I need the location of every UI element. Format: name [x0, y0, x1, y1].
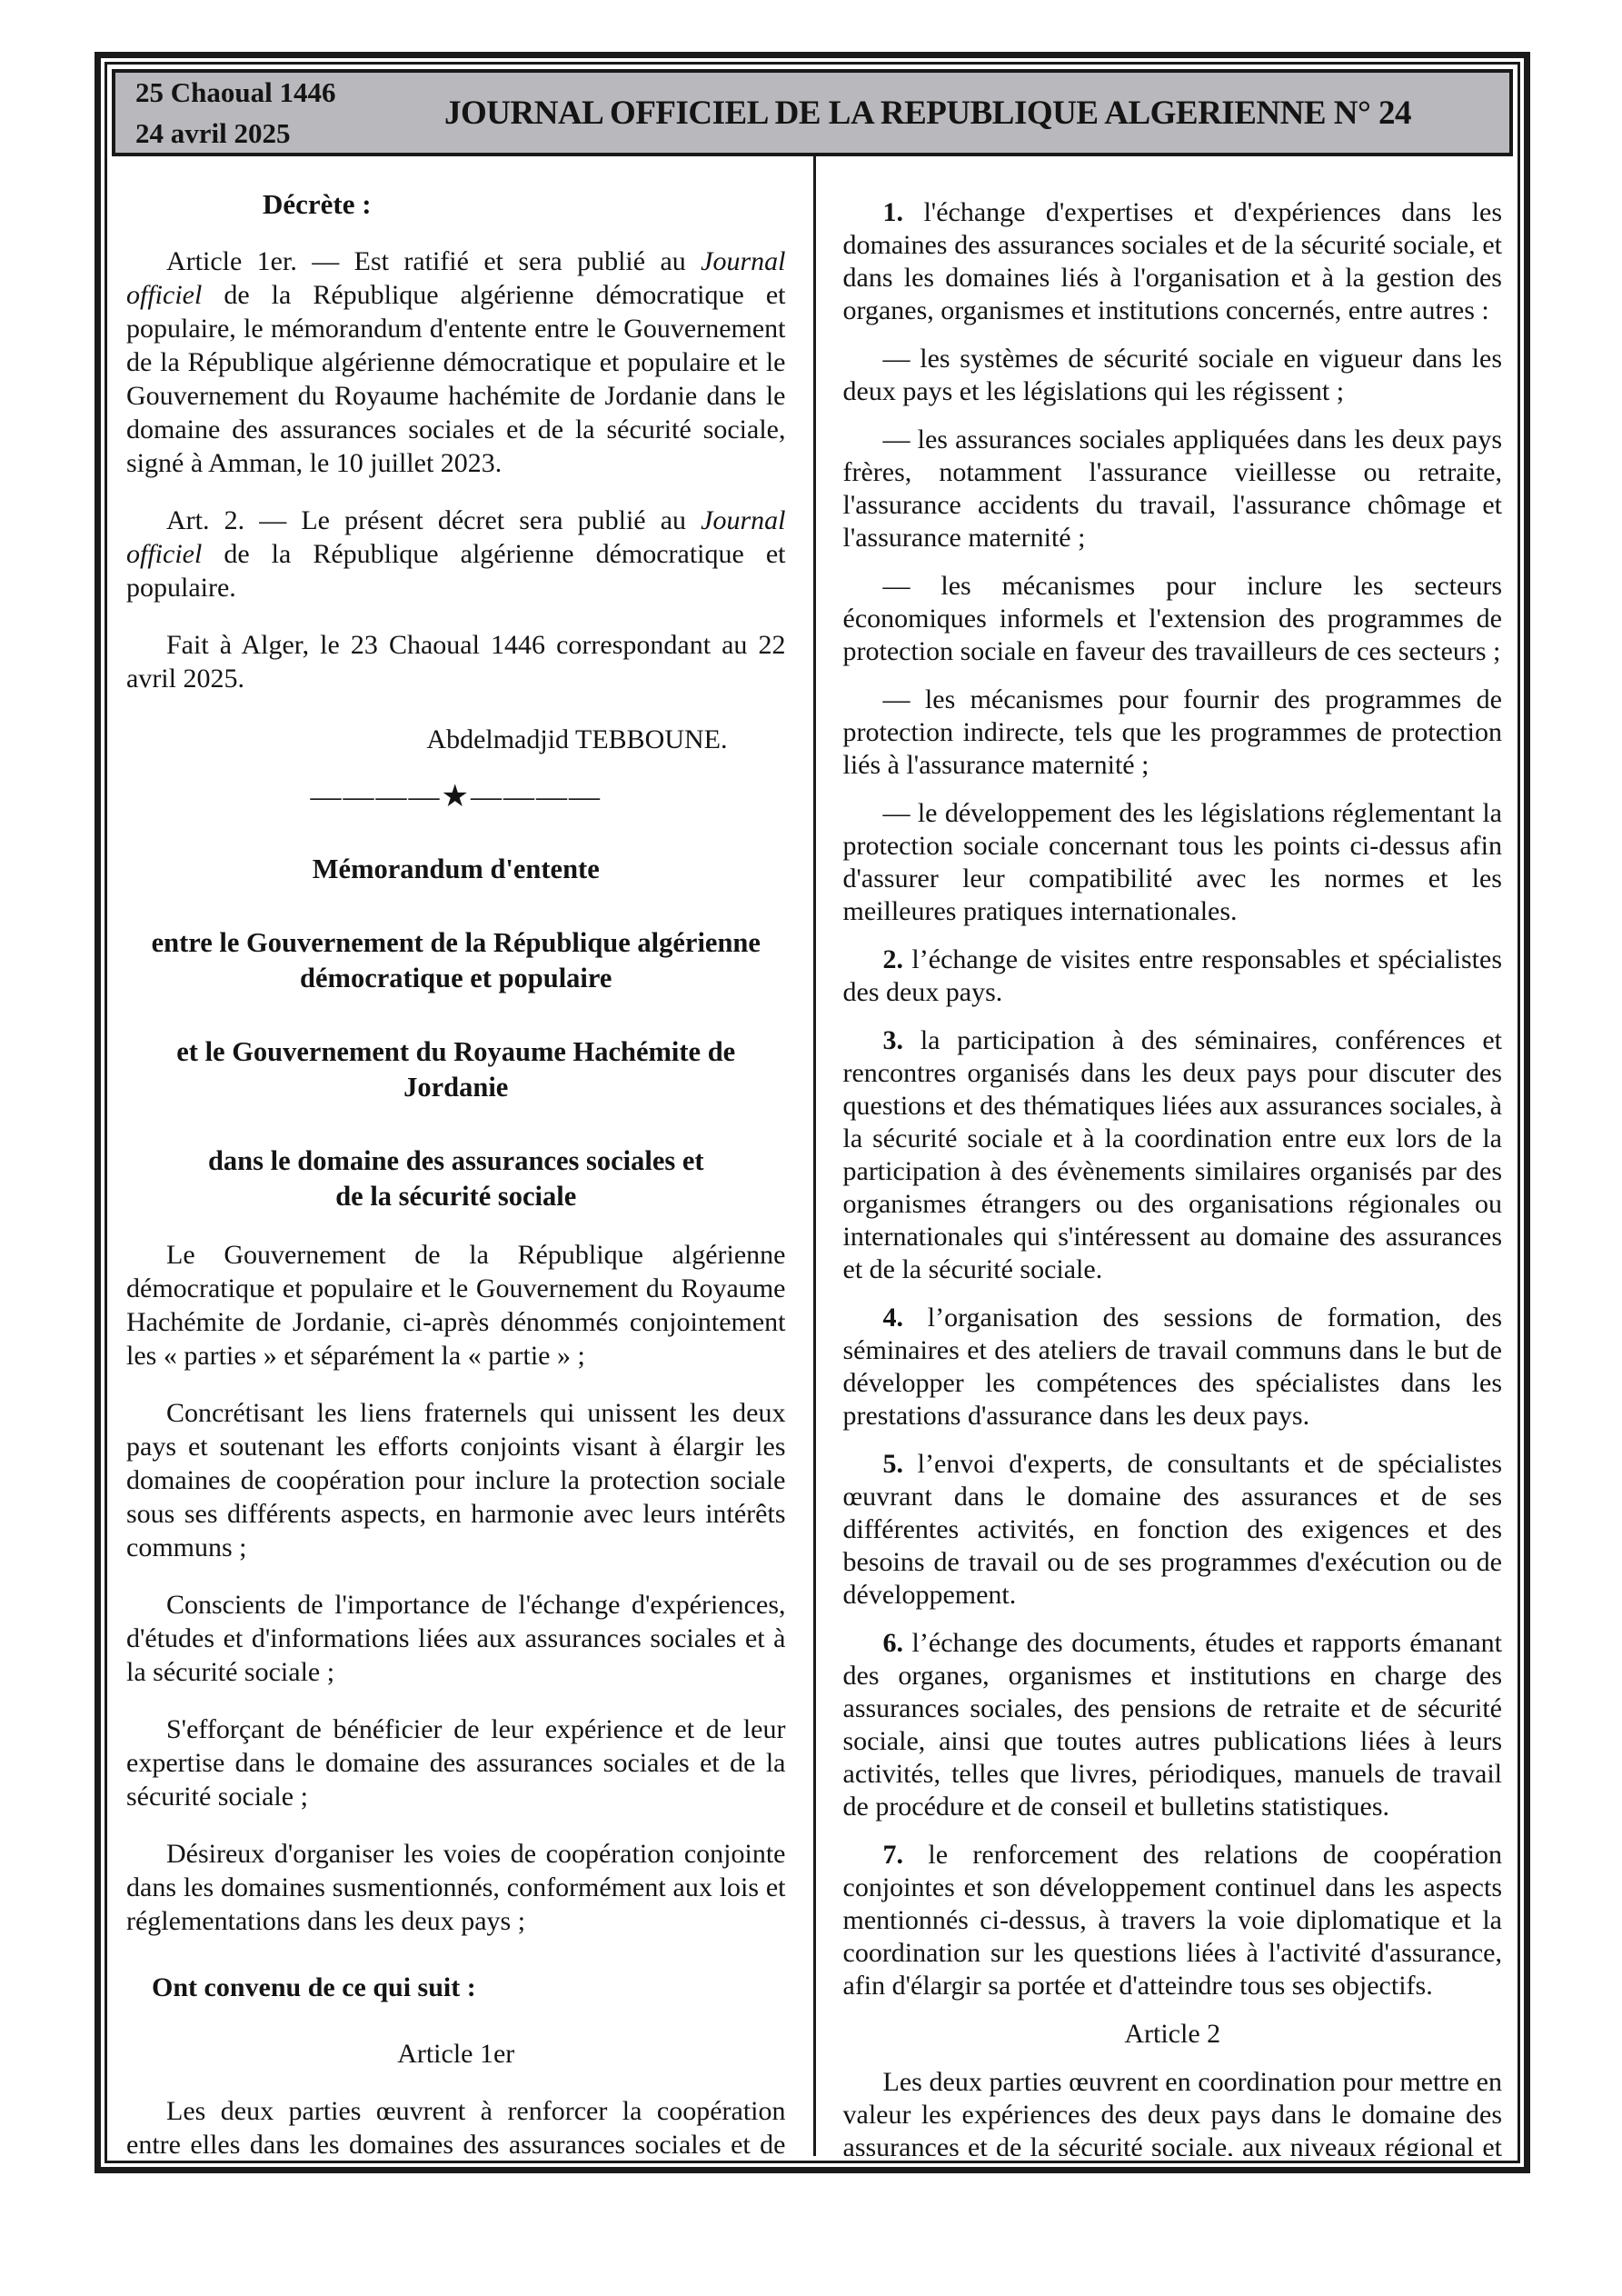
- article-1er-rest: de la République algérienne démocratique…: [126, 280, 786, 478]
- journal-title: JOURNAL OFFICIEL DE LA REPUBLIQUE ALGERI…: [444, 94, 1411, 133]
- numbered-item: 5. l’envoi d'experts, de consultants et …: [843, 1448, 1503, 1612]
- dash-item: — les mécanismes pour inclure les secteu…: [843, 570, 1503, 668]
- fait-a-alger-line: Fait à Alger, le 23 Chaoual 1446 corresp…: [126, 628, 786, 695]
- page-frame-inner: 25 Chaoual 1446 24 avril 2025 JOURNAL OF…: [104, 62, 1520, 2163]
- item-number: 7.: [883, 1840, 904, 1870]
- item-text: l’organisation des sessions de formation…: [843, 1303, 1503, 1431]
- item-number: 3.: [883, 1025, 904, 1055]
- numbered-item: 1. l'échange d'expertises et d'expérienc…: [843, 196, 1503, 327]
- item-number: 1.: [883, 197, 904, 227]
- item-number: 5.: [883, 1449, 904, 1479]
- decree-heading: Décrète :: [263, 187, 786, 221]
- item-number: 6.: [883, 1628, 904, 1658]
- item-text: l’échange des documents, études et rappo…: [843, 1628, 1503, 1822]
- preamble-paragraph: Désireux d'organiser les voies de coopér…: [126, 1837, 786, 1938]
- memo-title: Mémorandum d'entente: [126, 852, 786, 887]
- memo-subtitle-line: démocratique et populaire: [126, 961, 786, 996]
- article-2-paragraph: Art. 2. — Le présent décret sera publié …: [126, 504, 786, 604]
- item-number: 2.: [883, 944, 904, 974]
- article-2-heading: Article 2: [843, 2018, 1503, 2051]
- preamble-paragraph: S'efforçant de bénéficier de leur expéri…: [126, 1712, 786, 1813]
- memo-subtitle-line: dans le domaine des assurances sociales …: [126, 1143, 786, 1179]
- numbered-item: 7. le renforcement des relations de coop…: [843, 1839, 1503, 2002]
- item-text: l’envoi d'experts, de consultants et de …: [843, 1449, 1503, 1610]
- item-text: l’échange de visites entre responsables …: [843, 944, 1503, 1007]
- numbered-item: 3. la participation à des séminaires, co…: [843, 1024, 1503, 1286]
- numbered-item: 2. l’échange de visites entre responsabl…: [843, 943, 1503, 1009]
- signature: Abdelmadjid TEBBOUNE.: [126, 723, 786, 756]
- gregorian-date: 24 avril 2025: [135, 113, 444, 154]
- page-frame: 25 Chaoual 1446 24 avril 2025 JOURNAL OF…: [95, 52, 1530, 2173]
- text-columns: Décrète : Article 1er. — Est ratifié et …: [112, 156, 1513, 2156]
- page-number: 7: [1411, 95, 1622, 130]
- memo-subtitle-line: Jordanie: [126, 1070, 786, 1105]
- memo-subtitle-line: entre le Gouvernement de la République a…: [126, 925, 786, 961]
- article-2-rest: de la République algérienne démocratique…: [126, 539, 786, 603]
- item-text: la participation à des séminaires, confé…: [843, 1025, 1503, 1284]
- item-text: l'échange d'expertises et d'expériences …: [843, 197, 1503, 325]
- right-column: 1. l'échange d'expertises et d'expérienc…: [816, 156, 1514, 2156]
- article-1er-lead: Article 1er. — Est ratifié et sera publi…: [166, 246, 701, 276]
- masthead-dates: 25 Chaoual 1446 24 avril 2025: [135, 72, 444, 154]
- star-separator: ————★————: [126, 780, 786, 814]
- right-closing-paragraph: Les deux parties œuvrent en coordination…: [843, 2066, 1503, 2156]
- left-column: Décrète : Article 1er. — Est ratifié et …: [112, 156, 816, 2156]
- agreed-heading: Ont convenu de ce qui suit :: [126, 1971, 786, 2004]
- memo-subtitle-parties: entre le Gouvernement de la République a…: [126, 925, 786, 996]
- numbered-item: 4. l’organisation des sessions de format…: [843, 1302, 1503, 1433]
- article-2-lead: Art. 2. — Le présent décret sera publié …: [166, 505, 701, 535]
- article-1-heading: Article 1er: [126, 2037, 786, 2071]
- preamble-paragraph: Conscients de l'importance de l'échange …: [126, 1588, 786, 1689]
- dash-item: — les assurances sociales appliquées dan…: [843, 424, 1503, 554]
- preamble-paragraph: Le Gouvernement de la République algérie…: [126, 1238, 786, 1373]
- dash-item: — les mécanismes pour fournir des progra…: [843, 684, 1503, 782]
- dash-item: — le développement des les législations …: [843, 797, 1503, 928]
- gazette-page: 25 Chaoual 1446 24 avril 2025 JOURNAL OF…: [0, 0, 1622, 2296]
- memo-subtitle-jordan: et le Gouvernement du Royaume Hachémite …: [126, 1034, 786, 1105]
- memo-subtitle-domain: dans le domaine des assurances sociales …: [126, 1143, 786, 1214]
- masthead: 25 Chaoual 1446 24 avril 2025 JOURNAL OF…: [112, 69, 1513, 156]
- item-number: 4.: [883, 1303, 904, 1333]
- article-1er-paragraph: Article 1er. — Est ratifié et sera publi…: [126, 245, 786, 480]
- memo-subtitle-line: et le Gouvernement du Royaume Hachémite …: [126, 1034, 786, 1070]
- dash-item: — les systèmes de sécurité sociale en vi…: [843, 343, 1503, 408]
- hijri-date: 25 Chaoual 1446: [135, 72, 444, 113]
- item-text: le renforcement des relations de coopéra…: [843, 1840, 1503, 2001]
- left-closing-paragraph: Les deux parties œuvrent à renforcer la …: [126, 2094, 786, 2156]
- numbered-item: 6. l’échange des documents, études et ra…: [843, 1627, 1503, 1823]
- preamble-paragraph: Concrétisant les liens fraternels qui un…: [126, 1396, 786, 1564]
- memo-subtitle-line: de la sécurité sociale: [126, 1179, 786, 1214]
